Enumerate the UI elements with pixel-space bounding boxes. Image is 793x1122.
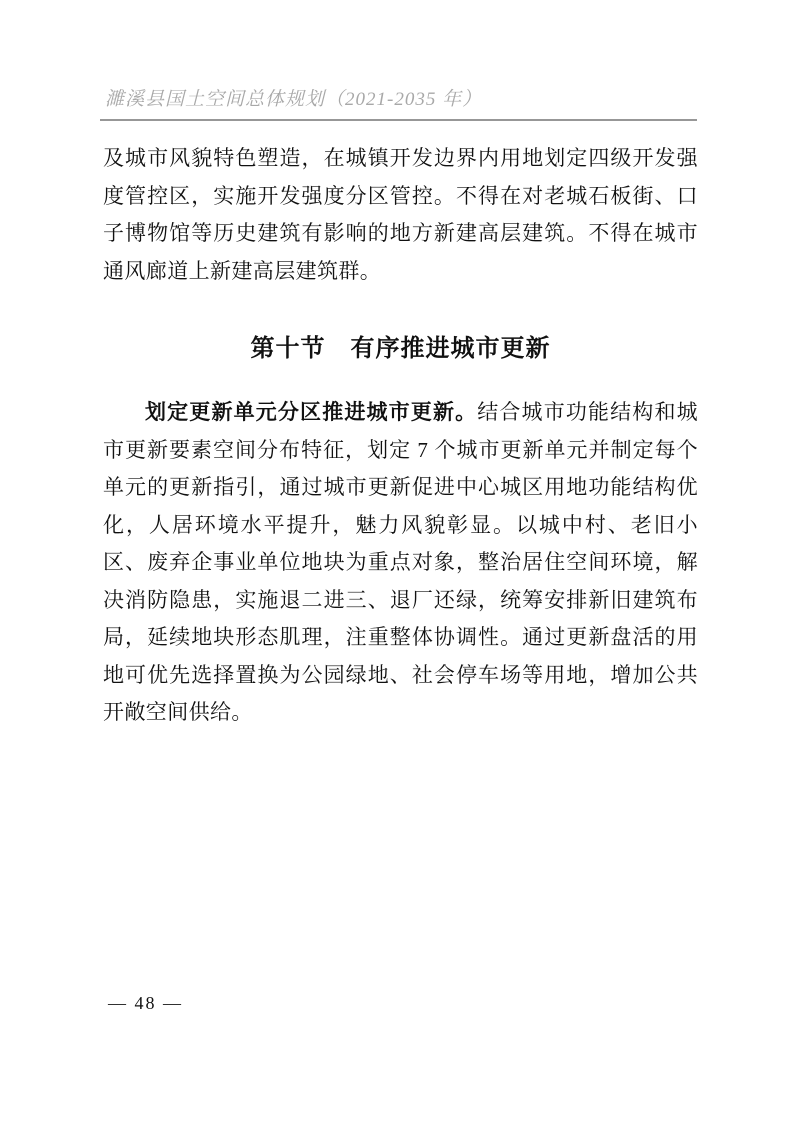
page-number: — 48 —	[108, 993, 183, 1013]
page-footer: — 48 —	[108, 993, 183, 1014]
section-heading: 第十节 有序推进城市更新	[103, 334, 698, 364]
running-header-title: 濉溪县国土空间总体规划（2021-2035 年）	[105, 84, 482, 111]
paragraph-development-intensity-control: 及城市风貌特色塑造，在城镇开发边界内用地划定四级开发强度管控区，实施开发强度分区…	[103, 140, 698, 290]
paragraph-urban-renewal: 划定更新单元分区推进城市更新。结合城市功能结构和城市更新要素空间分布特征，划定 …	[103, 394, 698, 732]
paragraph-body-text: 结合城市功能结构和城市更新要素空间分布特征，划定 7 个城市更新单元并制定每个单…	[103, 400, 698, 724]
page-body: 及城市风貌特色塑造，在城镇开发边界内用地划定四级开发强度管控区，实施开发强度分区…	[103, 140, 698, 732]
paragraph-lead-sentence: 划定更新单元分区推进城市更新。	[145, 400, 477, 424]
document-page: 濉溪县国土空间总体规划（2021-2035 年） 及城市风貌特色塑造，在城镇开发…	[0, 0, 793, 1122]
page-header: 濉溪县国土空间总体规划（2021-2035 年）	[100, 84, 697, 121]
